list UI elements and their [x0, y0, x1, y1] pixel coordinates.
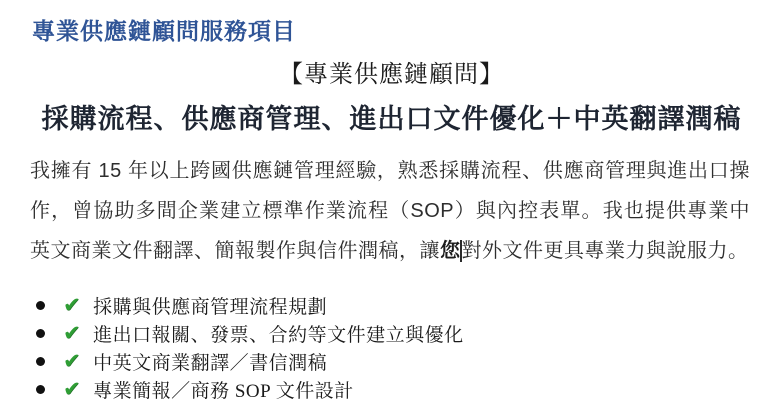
bullet-dot-icon	[36, 385, 45, 394]
list-item: ✔ 進出口報關、發票、合約等文件建立與優化	[0, 319, 783, 347]
list-item-label: 進出口報關、發票、合約等文件建立與優化	[93, 320, 464, 347]
list-item: ✔ 採購與供應商管理流程規劃	[0, 291, 783, 319]
list-item: ✔ 專業簡報／商務 SOP 文件設計	[0, 375, 783, 403]
check-icon: ✔	[63, 351, 81, 372]
list-item-label: 專業簡報／商務 SOP 文件設計	[93, 376, 354, 403]
bullet-dot-icon	[36, 357, 45, 366]
bullet-dot-icon	[36, 329, 45, 338]
bullet-dot-icon	[36, 301, 45, 310]
intro-paragraph: 我擁有 15 年以上跨國供應鏈管理經驗，熟悉採購流程、供應商管理與進出口操作，曾…	[30, 151, 750, 271]
document-page: 專業供應鏈顧問服務項目 【專業供應鏈顧問】 採購流程、供應商管理、進出口文件優化…	[0, 0, 783, 415]
check-icon: ✔	[63, 295, 81, 316]
intro-text-bold-you: 您	[440, 240, 461, 262]
check-icon: ✔	[63, 323, 81, 344]
services-subtitle: 採購流程、供應商管理、進出口文件優化＋中英翻譯潤稿	[0, 102, 783, 136]
page-title: 專業供應鏈顧問服務項目	[32, 16, 751, 46]
intro-text-after: 對外文件更具專業力與說服力。	[462, 240, 749, 262]
list-item-label: 中英文商業翻譯／書信潤稿	[93, 348, 327, 375]
check-icon: ✔	[63, 379, 81, 400]
service-list: ✔ 採購與供應商管理流程規劃 ✔ 進出口報關、發票、合約等文件建立與優化 ✔ 中…	[0, 291, 783, 403]
section-bracket-title: 【專業供應鏈顧問】	[0, 60, 783, 90]
list-item: ✔ 中英文商業翻譯／書信潤稿	[0, 347, 783, 375]
list-item-label: 採購與供應商管理流程規劃	[93, 292, 327, 319]
